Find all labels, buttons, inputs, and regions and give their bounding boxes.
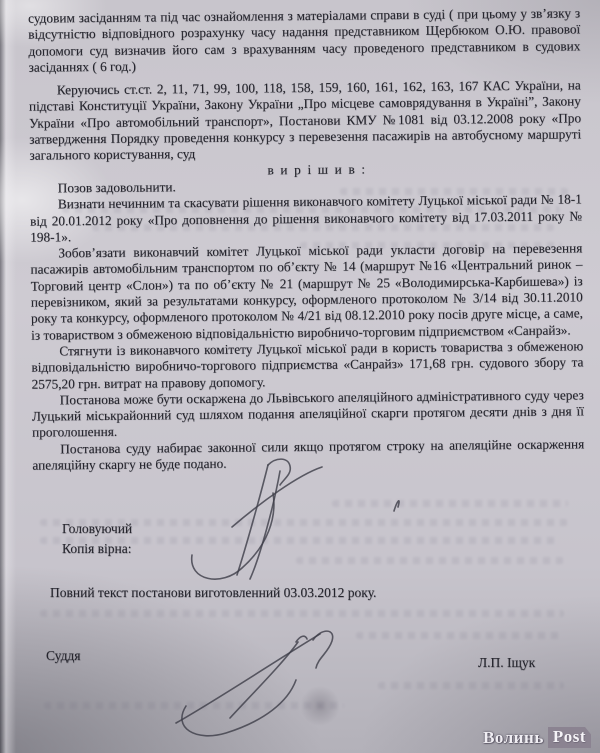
watermark-brand-suffix-badge: Post <box>548 727 591 748</box>
bleedthrough-texture <box>378 682 564 689</box>
court-decision-scan: судовим засіданням та під час ознайомлен… <box>0 0 600 753</box>
ruling-paragraph: Зобов’язати виконавчий комітет Луцької м… <box>30 240 583 343</box>
ruling-paragraph: Визнати нечинним та скасувати рішення ви… <box>30 192 582 246</box>
document-body: судовим засіданням та під час ознайомлен… <box>28 5 584 474</box>
ruling-paragraph: Стягнути із виконавчого комітету Луцької… <box>31 338 583 392</box>
copy-certification-label: Копія вірна: <box>62 541 131 557</box>
body-paragraph: судовим засіданням та під час ознайомлен… <box>28 5 581 75</box>
bleedthrough-texture <box>40 610 564 617</box>
body-paragraph: Керуючись ст.ст. 2, 11, 71, 99, 100, 118… <box>29 78 582 165</box>
judge-signature <box>168 626 358 750</box>
presiding-judge-label: Головуючий <box>62 521 132 537</box>
watermark-brand-text: Волинь <box>483 728 544 748</box>
watermark-logo: Волинь Post <box>483 727 591 748</box>
bleedthrough-texture <box>356 632 560 639</box>
ruling-paragraph: Постанова може бути оскаржена до Львівсь… <box>32 387 584 441</box>
judge-label: Суддя <box>46 648 81 664</box>
judge-name: Л.П. Іщук <box>478 655 535 671</box>
presiding-judge-signature <box>180 455 420 605</box>
